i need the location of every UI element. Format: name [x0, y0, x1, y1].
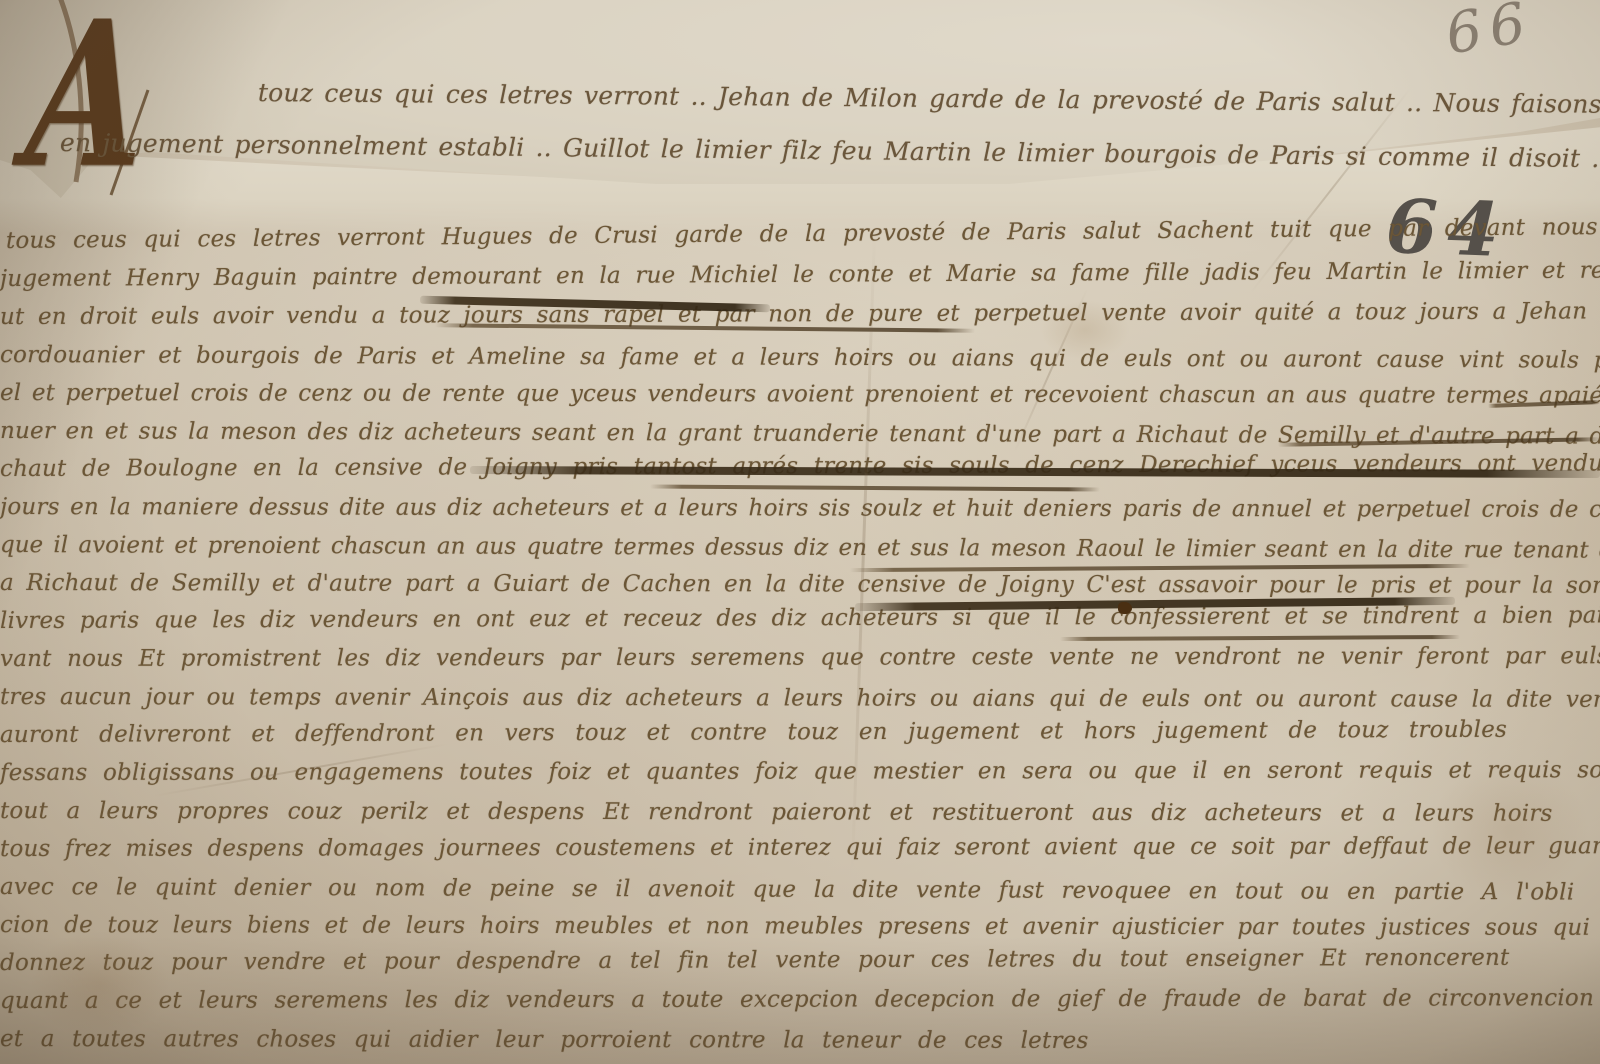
- charter-line: et a toutes autres choses qui aidier leu…: [0, 1026, 1088, 1054]
- charter-line: livres paris que les diz vendeurs en ont…: [0, 602, 1600, 634]
- charter-line: el et perpetuel crois de cenz ou de rent…: [0, 380, 1600, 409]
- manuscript-photo: A touz ceus qui ces letres verront .. Je…: [0, 0, 1600, 1064]
- charter-line: donnez touz pour vendre et pour despendr…: [0, 945, 1510, 976]
- charter-line: cion de touz leurs biens et de leurs hoi…: [0, 912, 1600, 941]
- charter-line: quant a ce et leurs seremens les diz ven…: [0, 985, 1594, 1014]
- charter-line: vant nous Et promistrent les diz vendeur…: [0, 643, 1600, 672]
- stain: [30, 930, 170, 1040]
- charter-line: avec ce le quint denier ou nom de peine …: [0, 874, 1574, 905]
- charter-line: tout a leurs propres couz perilz et desp…: [0, 798, 1553, 827]
- ink-blot: [1118, 602, 1132, 614]
- stain: [1430, 760, 1590, 900]
- charter-line: tres aucun jour ou temps avenir Ainçois …: [0, 684, 1600, 713]
- charter-line: a Richaut de Semilly et d'autre part a G…: [0, 570, 1600, 599]
- charter-line: jours en la maniere dessus dite aus diz …: [0, 494, 1600, 523]
- stain: [1040, 300, 1130, 360]
- charter-line: auront delivreront et deffendront en ver…: [0, 717, 1507, 748]
- charter-line: ut en droit euls avoir vendu a touz jour…: [0, 298, 1600, 330]
- charter-line: tous frez mises despens domages journees…: [0, 833, 1600, 862]
